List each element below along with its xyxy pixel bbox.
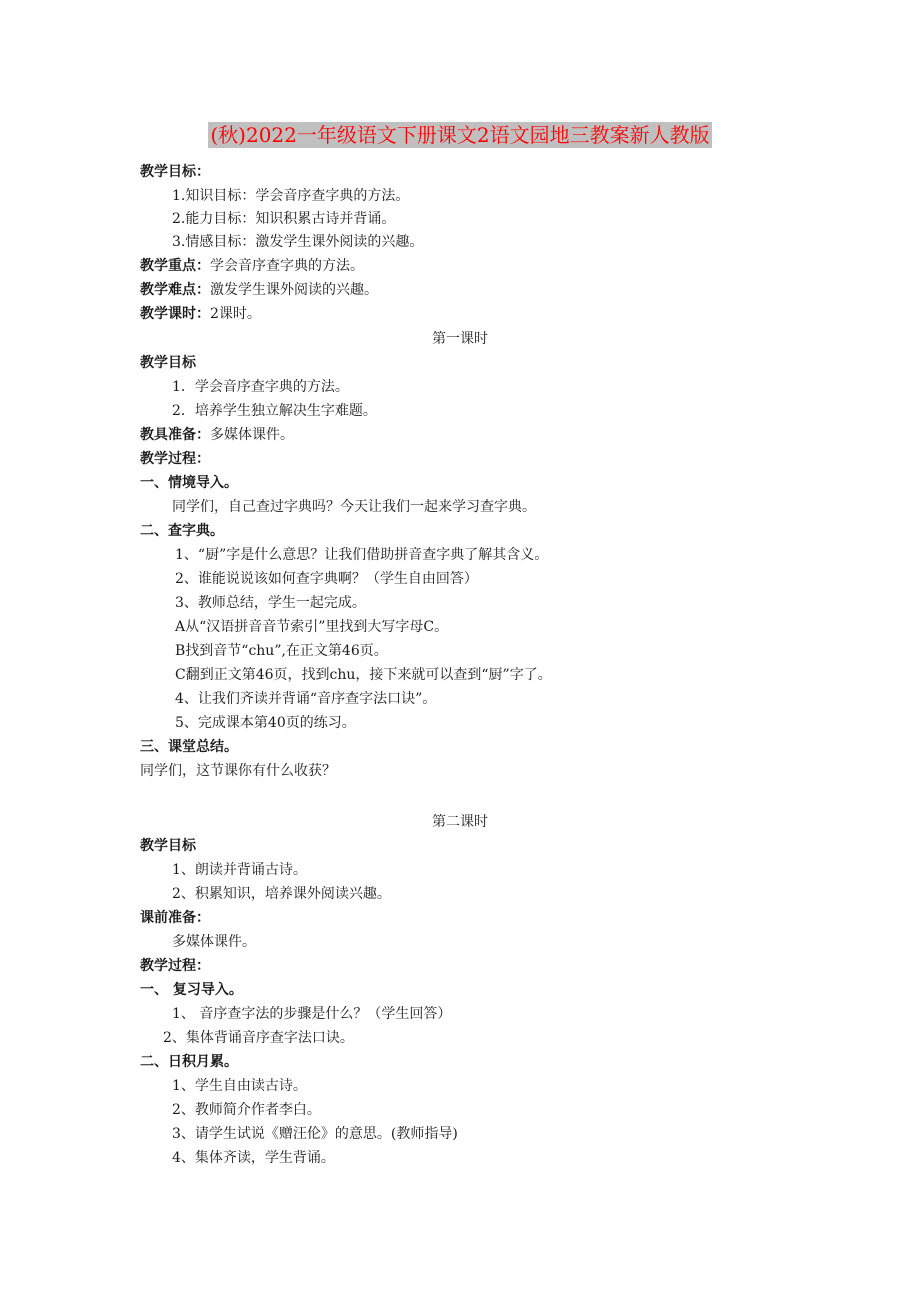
lesson1-process-label: 教学过程： — [140, 450, 210, 468]
document-title: (秋)2022一年级语文下册课文2语文园地三教案新人教版 — [208, 122, 711, 148]
section-line: 5、完成课本第40页的练习。 — [175, 714, 356, 732]
lesson2-objective: 1、朗读并背诵古诗。 — [172, 861, 307, 879]
section-line: 2、集体背诵音序查字法口诀。 — [163, 1029, 354, 1047]
section-title: 一、情境导入。 — [140, 474, 238, 492]
section-line: 2、教师简介作者李白。 — [172, 1101, 321, 1119]
key-point-row: 教学重点：学会音序查字典的方法。 — [140, 257, 364, 275]
objective-item: 2.能力目标：知识积累古诗并背诵。 — [172, 210, 395, 228]
section-line: 4、集体齐读，学生背诵。 — [172, 1149, 335, 1167]
difficulty-row: 教学难点：激发学生课外阅读的兴趣。 — [140, 281, 378, 299]
difficulty-text: 激发学生课外阅读的兴趣。 — [210, 282, 378, 298]
prep-label: 课前准备： — [140, 909, 210, 927]
section-line: 1、学生自由读古诗。 — [172, 1077, 307, 1095]
section-line: 3、请学生试说《赠汪伦》的意思。(教师指导) — [172, 1125, 458, 1143]
tools-label: 教具准备： — [140, 427, 210, 443]
section-title: 二、日积月累。 — [140, 1053, 238, 1071]
objective-item: 3.情感目标：激发学生课外阅读的兴趣。 — [172, 233, 423, 251]
hours-label: 教学课时： — [140, 306, 210, 322]
lesson2-objective: 2、积累知识，培养课外阅读兴趣。 — [172, 885, 391, 903]
tools-text: 多媒体课件。 — [210, 427, 294, 443]
section-line: 2、谁能说说该如何查字典啊？（学生自由回答） — [175, 570, 478, 588]
section-line: A从“汉语拼音音节索引”里找到大写字母C。 — [175, 618, 448, 636]
key-point-label: 教学重点： — [140, 258, 210, 274]
section-line: 同学们，自己查过字典吗？今天让我们一起来学习查字典。 — [172, 498, 536, 516]
tools-row: 教具准备：多媒体课件。 — [140, 426, 294, 444]
section-line: 同学们，这节课你有什么收获？ — [140, 762, 336, 780]
lesson1-objectives-label: 教学目标 — [140, 354, 196, 372]
section-line: C翻到正文第46页，找到chu，接下来就可以查到“厨”字了。 — [175, 666, 552, 684]
section-line: 1、 音序查字法的步骤是什么？（学生回答） — [172, 1005, 451, 1023]
section-title: 一、 复习导入。 — [140, 981, 243, 999]
lesson1-objective: 2．培养学生独立解决生字难题。 — [172, 402, 377, 420]
lesson1-heading: 第一课时 — [432, 331, 488, 347]
lesson1-heading-row: 第一课时 — [0, 330, 920, 348]
lesson2-heading: 第二课时 — [432, 814, 488, 830]
lesson2-objectives-label: 教学目标 — [140, 837, 196, 855]
hours-text: 2课时。 — [210, 306, 261, 322]
section-line: 1、“厨”字是什么意思？让我们借助拼音查字典了解其含义。 — [175, 546, 548, 564]
difficulty-label: 教学难点： — [140, 282, 210, 298]
key-point-text: 学会音序查字典的方法。 — [210, 258, 364, 274]
hours-row: 教学课时：2课时。 — [140, 305, 261, 323]
prep-text: 多媒体课件。 — [172, 933, 256, 951]
section-line: B找到音节“chu”,在正文第46页。 — [175, 642, 388, 660]
objectives-label: 教学目标： — [140, 163, 210, 181]
objective-item: 1.知识目标：学会音序查字典的方法。 — [172, 187, 409, 205]
lesson2-heading-row: 第二课时 — [0, 813, 920, 831]
section-line: 3、教师总结，学生一起完成。 — [175, 594, 366, 612]
section-title: 二、查字典。 — [140, 522, 224, 540]
lesson2-process-label: 教学过程： — [140, 957, 210, 975]
document-title-wrap: (秋)2022一年级语文下册课文2语文园地三教案新人教版 — [0, 122, 920, 148]
section-line: 4、让我们齐读并背诵“音序查字法口诀”。 — [175, 690, 436, 708]
section-title: 三、课堂总结。 — [140, 738, 238, 756]
lesson1-objective: 1．学会音序查字典的方法。 — [172, 378, 349, 396]
